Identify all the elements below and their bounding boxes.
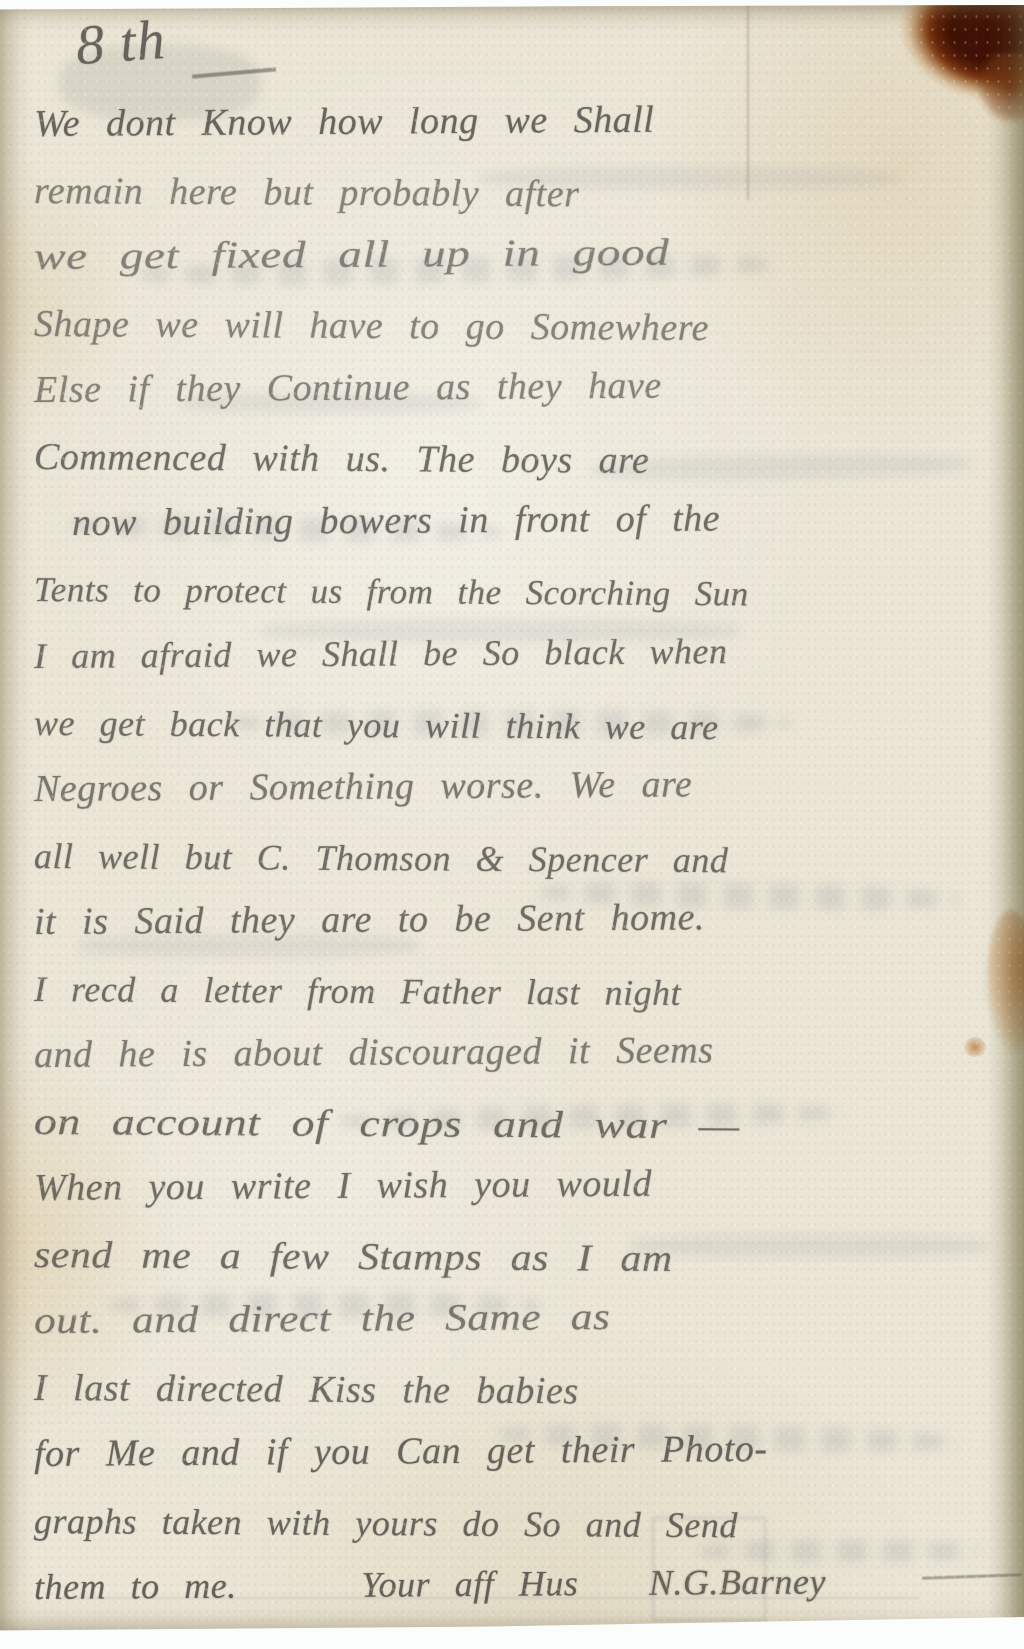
letter-line: out. and direct the Same as (34, 1280, 1024, 1354)
letter-line: I am afraid we Shall be So black when (34, 616, 1006, 689)
letter-line: and he is about discouraged it Seems (34, 1015, 1006, 1088)
letter-line: Negroes or Something worse. We are (34, 749, 1006, 822)
letter-line: Else if they Continue as they have (34, 350, 1006, 423)
letter-line: for Me and if you Can get their Photo- (34, 1414, 1006, 1487)
letter-body: We dont Know how long we Shall remain he… (34, 91, 1006, 1621)
page-number-heading: 8 th (74, 8, 168, 78)
signature: N.G.Barney (649, 1561, 826, 1602)
letter-line: We dont Know how long we Shall (34, 84, 1006, 157)
letter-line: it is Said they are to be Sent home. (34, 882, 1006, 955)
letter-line: we get fixed all up in good (34, 216, 1024, 291)
letter-line-closing: them to me. Your aff Hus N.G.Barney (34, 1547, 1006, 1620)
letter-line: now building bowers in front of the (72, 483, 1006, 556)
letter-paper-sheet: 8 th We dont Know how long we Shall rema… (0, 5, 1024, 1632)
letter-line-fragment: them to me. (34, 1566, 237, 1607)
letter-closing: Your aff Hus (361, 1563, 578, 1605)
letter-line: When you write I wish you would (34, 1148, 1006, 1221)
